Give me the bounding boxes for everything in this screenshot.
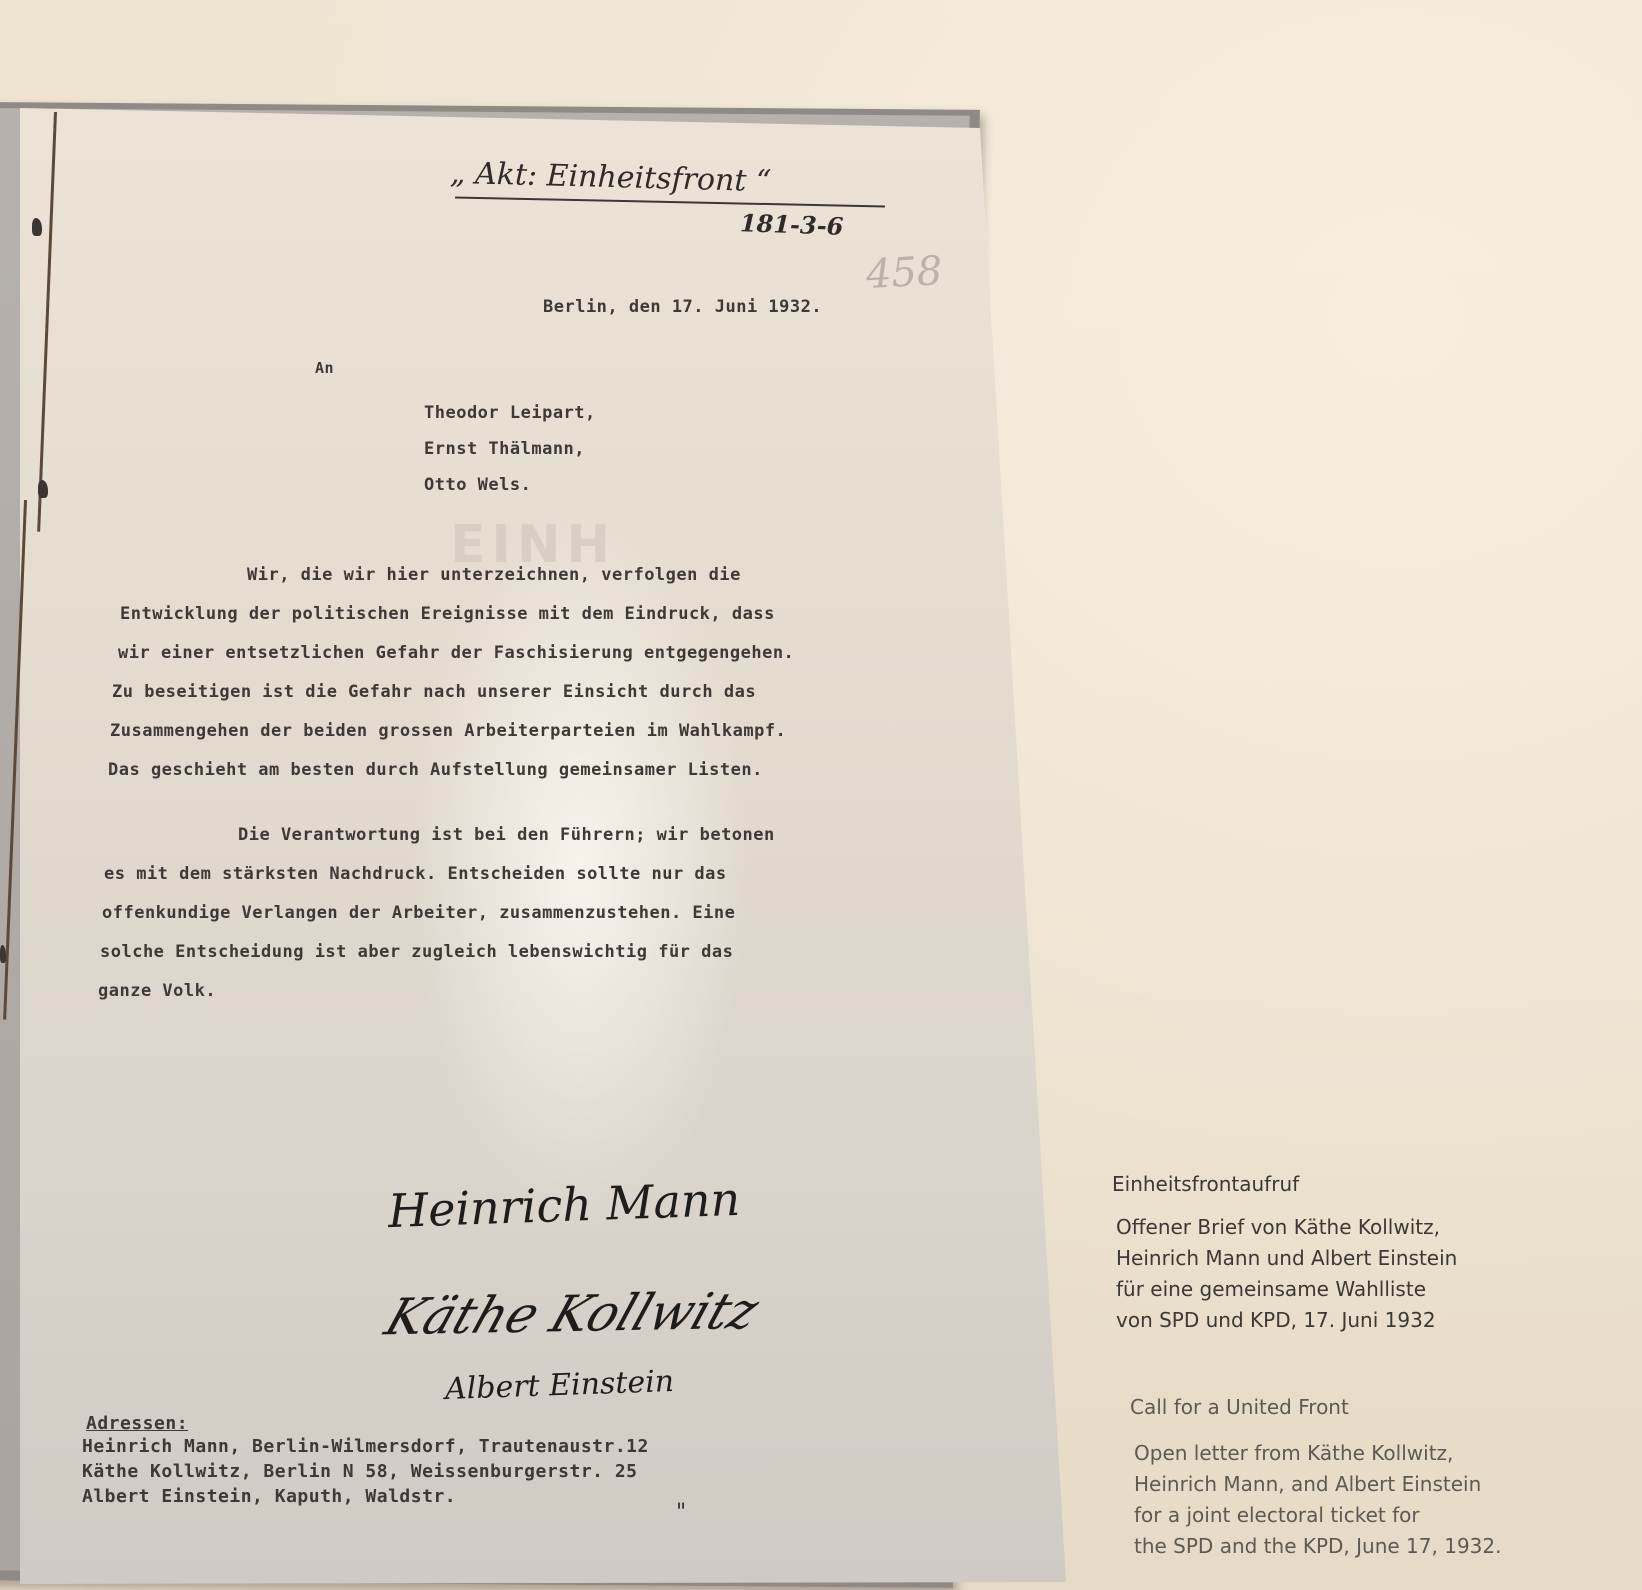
ditto-mark: " (676, 1500, 686, 1525)
staple-hole-icon (0, 945, 6, 963)
label-line: Heinrich Mann und Albert Einstein (1116, 1243, 1457, 1274)
letter-text-line: Das geschieht am besten durch Aufstellun… (108, 760, 763, 780)
recipient: Otto Wels. (424, 475, 531, 495)
letter-text-line: es mit dem stärksten Nachdruck. Entschei… (104, 864, 727, 884)
label-body-en: Open letter from Käthe Kollwitz, Heinric… (1134, 1438, 1501, 1562)
recipient: Ernst Thälmann, (424, 439, 585, 459)
label-line: von SPD und KPD, 17. Juni 1932 (1116, 1305, 1457, 1336)
letter-text-line: ganze Volk. (98, 981, 216, 1001)
label-line: Open letter from Käthe Kollwitz, (1134, 1438, 1501, 1469)
signature-kaethe-kollwitz: Käthe Kollwitz (378, 1282, 766, 1347)
letter-text-line: Die Verantwortung ist bei den Führern; w… (238, 825, 775, 845)
letter-text-line: Entwicklung der politischen Ereignisse m… (120, 604, 775, 624)
letter-text-line: Zu beseitigen ist die Gefahr nach unsere… (112, 682, 756, 702)
date-line: Berlin, den 17. Juni 1932. (543, 297, 822, 317)
address-line: Käthe Kollwitz, Berlin N 58, Weissenburg… (82, 1461, 638, 1482)
archive-number: 181-3-6 (740, 208, 844, 241)
letter-text-line: Zusammengehen der beiden grossen Arbeite… (110, 721, 786, 741)
salutation: An (315, 359, 334, 377)
folio-number: 458 (865, 248, 944, 298)
letter-text-line: solche Entscheidung ist aber zugleich le… (100, 942, 733, 962)
label-title-en: Call for a United Front (1130, 1395, 1349, 1419)
recipient: Theodor Leipart, (424, 403, 596, 423)
address-line: Heinrich Mann, Berlin-Wilmersdorf, Traut… (82, 1436, 649, 1457)
letter-text-line: wir einer entsetzlichen Gefahr der Fasch… (118, 643, 794, 663)
label-line: the SPD and the KPD, June 17, 1932. (1134, 1531, 1501, 1562)
label-line: für eine gemeinsame Wahlliste (1116, 1274, 1457, 1305)
label-line: Offener Brief von Käthe Kollwitz, (1116, 1212, 1457, 1243)
letter-text-line: offenkundige Verlangen der Arbeiter, zus… (102, 903, 735, 923)
letter-text-line: Wir, die wir hier unterzeichnen, verfolg… (247, 565, 741, 585)
label-line: for a joint electoral ticket for (1134, 1500, 1501, 1531)
staple-hole-icon (38, 480, 48, 498)
address-line: Albert Einstein, Kaputh, Waldstr. (82, 1486, 456, 1507)
label-title-de: Einheitsfrontaufruf (1112, 1172, 1299, 1196)
label-line: Heinrich Mann, and Albert Einstein (1134, 1469, 1501, 1500)
label-body-de: Offener Brief von Käthe Kollwitz, Heinri… (1116, 1212, 1457, 1336)
addresses-heading: Adressen: (86, 1413, 188, 1434)
letter-sheet (20, 108, 1068, 1584)
staple-hole-icon (32, 218, 42, 236)
